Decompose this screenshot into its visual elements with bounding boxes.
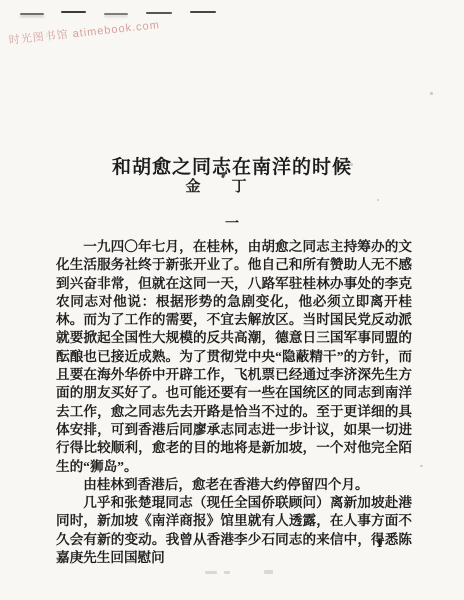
body-paragraph: 一九四〇年七月，在桂林，由胡愈之同志主持筹办的文化生活服务社终于新张开业了。他自… — [56, 238, 412, 476]
scan-dash-mark — [61, 11, 86, 13]
scan-smudge — [205, 571, 217, 574]
scan-speck — [377, 199, 379, 201]
body-paragraph: 由桂林到香港后，愈老在香港大约停留四个月。 — [56, 476, 412, 494]
scan-dash-mark — [20, 13, 44, 15]
scan-dash-mark — [104, 13, 128, 15]
scan-speck — [430, 92, 433, 95]
scan-dash-mark — [146, 12, 172, 14]
body-paragraph: 几乎和张楚琨同志（现任全国侨联顾问）离新加坡赴港同时，新加坡《南洋商报》馆里就有… — [56, 494, 412, 567]
scan-smudge — [224, 571, 230, 574]
scan-speck — [350, 163, 353, 166]
section-number: 一 — [0, 213, 464, 233]
scan-dash-mark — [190, 11, 216, 13]
scanned-book-page: 时光图书馆 atimebook.com 和胡愈之同志在南洋的时候 金 丁 一 一… — [0, 0, 464, 600]
scan-smudge — [264, 570, 273, 574]
page-number: 1 — [376, 535, 383, 551]
author-name: 金 丁 — [0, 175, 440, 196]
library-watermark: 时光图书馆 atimebook.com — [8, 16, 160, 48]
article-body: 一九四〇年七月，在桂林，由胡愈之同志主持筹办的文化生活服务社终于新张开业了。他自… — [56, 238, 412, 567]
scan-artifact-dashes — [0, 0, 464, 20]
scan-speck — [420, 465, 423, 467]
